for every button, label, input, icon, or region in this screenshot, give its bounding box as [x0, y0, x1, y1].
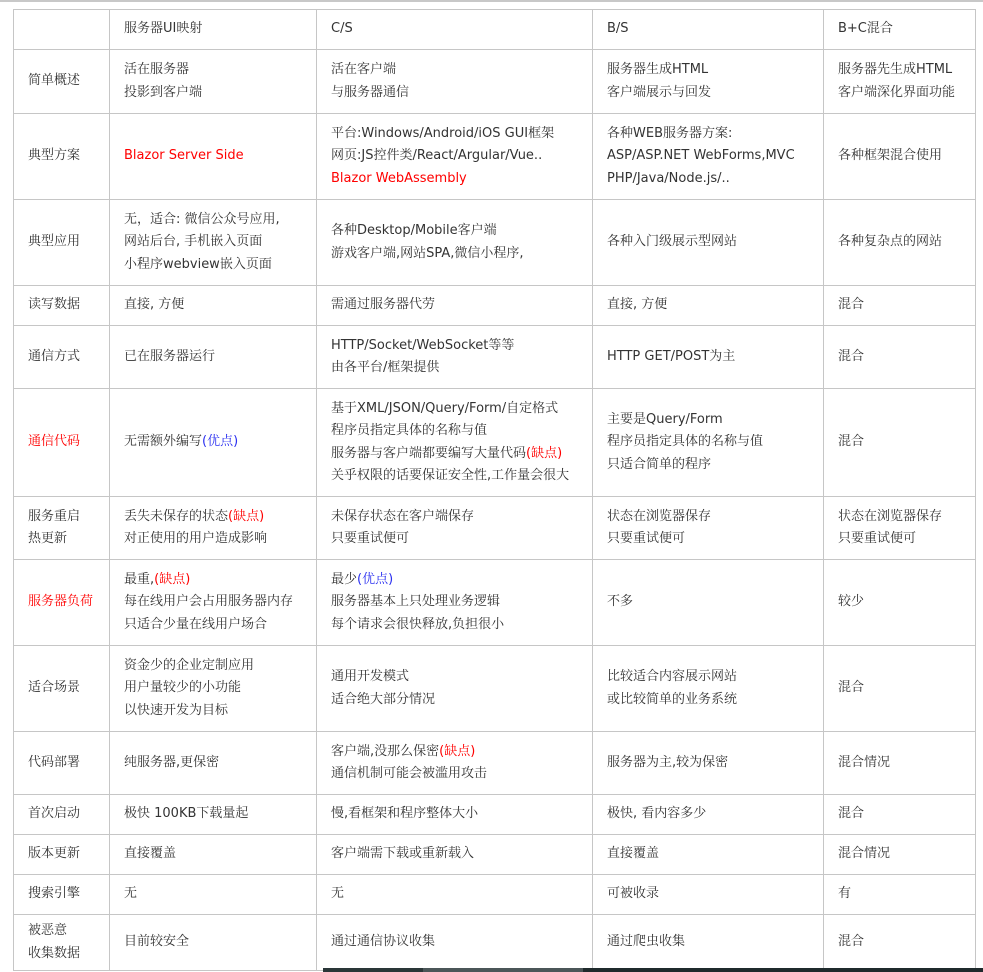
row-label: 典型应用: [14, 200, 110, 286]
table-row: 版本更新直接覆盖客户端需下载或重新载入直接覆盖混合情况: [14, 835, 976, 875]
bottom-bar-segment: [423, 968, 583, 972]
row-label-text: 典型应用: [28, 234, 80, 249]
cell-text: 服务器为主,较为保密: [607, 755, 728, 770]
cell-cs: 通过通信协议收集: [317, 915, 593, 971]
cell-text: 较少: [838, 594, 864, 609]
cell-line: 每个请求会很快释放,负担很小: [331, 614, 578, 637]
header-cell-bs: B/S: [593, 10, 824, 50]
row-label: 版本更新: [14, 835, 110, 875]
cell-line: 关乎权限的话要保证安全性,工作量会很大: [331, 465, 578, 488]
cell-server-ui: 直接覆盖: [110, 835, 317, 875]
row-label-line: 版本更新: [28, 843, 95, 866]
row-label-line: 服务重启: [28, 506, 95, 529]
table-row: 简单概述活在服务器投影到客户端活在客户端与服务器通信服务器生成HTML客户端展示…: [14, 50, 976, 114]
cell-line: 有: [838, 883, 961, 906]
cell-line: 投影到客户端: [124, 82, 302, 105]
cell-line: 混合: [838, 677, 961, 700]
cell-text: 基于XML/JSON/Query/Form/自定格式: [331, 401, 558, 416]
cell-line: 小程序webview嵌入页面: [124, 254, 302, 277]
cell-server-ui: 目前较安全: [110, 915, 317, 971]
cell-text: 平台:Windows/Android/iOS GUI框架: [331, 126, 554, 141]
cell-text: 客户端深化界面功能: [838, 85, 955, 100]
row-label-line: 典型方案: [28, 145, 95, 168]
cell-text: 有: [838, 886, 851, 901]
cell-line: 各种WEB服务器方案:: [607, 123, 809, 146]
cell-line: 直接, 方便: [124, 294, 302, 317]
cell-text: 目前较安全: [124, 934, 189, 949]
cell-line: 未保存状态在客户端保存: [331, 506, 578, 529]
row-label-text: 代码部署: [28, 755, 80, 770]
cell-cs: 各种Desktop/Mobile客户端游戏客户端,网站SPA,微信小程序,: [317, 200, 593, 286]
cell-line: 网站后台, 手机嵌入页面: [124, 231, 302, 254]
cell-cs: 未保存状态在客户端保存只要重试便可: [317, 497, 593, 560]
cell-line: 目前较安全: [124, 931, 302, 954]
cell-text: 服务器生成HTML: [607, 62, 708, 77]
cell-text: 客户端,没那么保密: [331, 744, 439, 759]
table-row: 通信方式已在服务器运行HTTP/Socket/WebSocket等等由各平台/框…: [14, 326, 976, 389]
row-label: 典型方案: [14, 114, 110, 200]
cell-text: 以快速开发为目标: [124, 703, 228, 718]
table-row: 通信代码无需额外编写(优点)基于XML/JSON/Query/Form/自定格式…: [14, 389, 976, 497]
cell-line: PHP/Java/Node.js/..: [607, 168, 809, 191]
cell-hybrid: 有: [824, 875, 976, 915]
cell-line: 网页:JS控件类/React/Argular/Vue..: [331, 145, 578, 168]
cell-text: 游戏客户端,网站SPA,微信小程序,: [331, 246, 524, 261]
cell-bs: 主要是Query/Form程序员指定具体的名称与值只适合简单的程序: [593, 389, 824, 497]
table-row: 服务重启热更新丢失未保存的状态(缺点)对正使用的用户造成影响未保存状态在客户端保…: [14, 497, 976, 560]
cell-line: 通过通信协议收集: [331, 931, 578, 954]
cell-bs: 状态在浏览器保存只要重试便可: [593, 497, 824, 560]
header-cell-hybrid: B+C混合: [824, 10, 976, 50]
cell-text: 可被收录: [607, 886, 659, 901]
cell-cs: 慢,看框架和程序整体大小: [317, 795, 593, 835]
cell-text: 只适合少量在线用户场合: [124, 617, 267, 632]
row-label: 代码部署: [14, 732, 110, 795]
row-label: 首次启动: [14, 795, 110, 835]
cell-line: 活在服务器: [124, 59, 302, 82]
cell-text: 最少: [331, 572, 357, 587]
cell-line: 服务器与客户端都要编写大量代码(缺点): [331, 443, 578, 466]
row-label-line: 通信方式: [28, 346, 95, 369]
cell-line: 直接覆盖: [124, 843, 302, 866]
cell-line: 客户端深化界面功能: [838, 82, 961, 105]
row-label: 搜索引擎: [14, 875, 110, 915]
cell-line: 直接覆盖: [607, 843, 809, 866]
cell-text: 已在服务器运行: [124, 349, 215, 364]
cell-line: 各种复杂点的网站: [838, 231, 961, 254]
cell-bs: 不多: [593, 560, 824, 646]
cell-line: 或比较简单的业务系统: [607, 689, 809, 712]
cell-hybrid: 混合: [824, 915, 976, 971]
cell-cs: 客户端,没那么保密(缺点)通信机制可能会被滥用攻击: [317, 732, 593, 795]
cell-line: 服务器为主,较为保密: [607, 752, 809, 775]
cell-text: 混合: [838, 434, 864, 449]
cell-cs: HTTP/Socket/WebSocket等等由各平台/框架提供: [317, 326, 593, 389]
cell-hybrid: 混合: [824, 646, 976, 732]
cell-text: 只要重试便可: [607, 531, 685, 546]
cell-text: 每个请求会很快释放,负担很小: [331, 617, 504, 632]
cell-text: 各种入门级展示型网站: [607, 234, 737, 249]
cell-text: 每在线用户会占用服务器内存: [124, 594, 293, 609]
bottom-bar-segment: [323, 968, 423, 972]
cell-text: HTTP/Socket/WebSocket等等: [331, 338, 514, 353]
cell-line: HTTP GET/POST为主: [607, 346, 809, 369]
cell-text: 混合: [838, 297, 864, 312]
cell-text: 程序员指定具体的名称与值: [607, 434, 763, 449]
row-label: 通信方式: [14, 326, 110, 389]
drawback-tag: (缺点): [154, 572, 190, 587]
row-label-text: 适合场景: [28, 680, 80, 695]
cell-text: 资金少的企业定制应用: [124, 658, 254, 673]
cell-text: 客户端展示与回发: [607, 85, 711, 100]
cell-text: 纯服务器,更保密: [124, 755, 219, 770]
cell-text: 丢失未保存的状态: [124, 509, 228, 524]
cell-text: 各种Desktop/Mobile客户端: [331, 223, 497, 238]
cell-line: 适合绝大部分情况: [331, 689, 578, 712]
row-label: 读写数据: [14, 286, 110, 326]
cell-cs: 需通过服务器代劳: [317, 286, 593, 326]
cell-server-ui: 无，适合: 微信公众号应用,网站后台, 手机嵌入页面小程序webview嵌入页面: [110, 200, 317, 286]
cell-bs: HTTP GET/POST为主: [593, 326, 824, 389]
row-label-line: 热更新: [28, 528, 95, 551]
cell-line: 可被收录: [607, 883, 809, 906]
cell-hybrid: 服务器先生成HTML客户端深化界面功能: [824, 50, 976, 114]
row-label-line: 首次启动: [28, 803, 95, 826]
architecture-comparison-table: 服务器UI映射 C/S B/S B+C混合 简单概述活在服务器投影到客户端活在客…: [13, 9, 976, 971]
row-label: 服务重启热更新: [14, 497, 110, 560]
table-row: 首次启动极快 100KB下载量起慢,看框架和程序整体大小极快, 看内容多少混合: [14, 795, 976, 835]
cell-line: 只要重试便可: [331, 528, 578, 551]
row-label-line: 通信代码: [28, 431, 95, 454]
table-row: 典型方案Blazor Server Side平台:Windows/Android…: [14, 114, 976, 200]
cell-line: 比较适合内容展示网站: [607, 666, 809, 689]
cell-text: 直接覆盖: [607, 846, 659, 861]
cell-server-ui: 极快 100KB下载量起: [110, 795, 317, 835]
cell-text: 客户端需下载或重新载入: [331, 846, 474, 861]
cell-line: 无: [124, 883, 302, 906]
cell-line: 极快, 看内容多少: [607, 803, 809, 826]
cell-line: 用户量较少的小功能: [124, 677, 302, 700]
cell-text: 未保存状态在客户端保存: [331, 509, 474, 524]
cell-server-ui: 无需额外编写(优点): [110, 389, 317, 497]
cell-server-ui: 最重,(缺点)每在线用户会占用服务器内存只适合少量在线用户场合: [110, 560, 317, 646]
cell-line: 无需额外编写(优点): [124, 431, 302, 454]
cell-bs: 极快, 看内容多少: [593, 795, 824, 835]
cell-text: 只要重试便可: [838, 531, 916, 546]
cell-text: 小程序webview嵌入页面: [124, 257, 272, 272]
cell-text: 混合情况: [838, 846, 890, 861]
cell-line: 混合: [838, 931, 961, 954]
cell-line: 慢,看框架和程序整体大小: [331, 803, 578, 826]
row-label-text: 读写数据: [28, 297, 80, 312]
cell-hybrid: 混合: [824, 389, 976, 497]
row-label-line: 收集数据: [28, 943, 95, 966]
cell-line: 各种框架混合使用: [838, 145, 961, 168]
cell-line: 状态在浏览器保存: [607, 506, 809, 529]
cell-line: 各种入门级展示型网站: [607, 231, 809, 254]
advantage-tag: (优点): [357, 572, 393, 587]
cell-line: 通用开发模式: [331, 666, 578, 689]
drawback-tag: (缺点): [439, 744, 475, 759]
row-label: 通信代码: [14, 389, 110, 497]
cell-line: 混合情况: [838, 752, 961, 775]
cell-server-ui: 活在服务器投影到客户端: [110, 50, 317, 114]
cell-line: 客户端需下载或重新载入: [331, 843, 578, 866]
row-label-text: 典型方案: [28, 148, 80, 163]
cell-text: 或比较简单的业务系统: [607, 692, 737, 707]
cell-bs: 各种入门级展示型网站: [593, 200, 824, 286]
cell-text: 混合情况: [838, 755, 890, 770]
row-label-text: 搜索引擎: [28, 886, 80, 901]
cell-text: 各种框架混合使用: [838, 148, 942, 163]
cell-line: ASP/ASP.NET WebForms,MVC: [607, 145, 809, 168]
cell-hybrid: 混合: [824, 795, 976, 835]
cell-bs: 直接, 方便: [593, 286, 824, 326]
cell-line: 主要是Query/Form: [607, 409, 809, 432]
row-label: 被恶意收集数据: [14, 915, 110, 971]
cell-line: 混合: [838, 346, 961, 369]
advantage-tag: (优点): [202, 434, 238, 449]
cell-line: 混合: [838, 431, 961, 454]
cell-line: 纯服务器,更保密: [124, 752, 302, 775]
cell-text: 适合绝大部分情况: [331, 692, 435, 707]
cell-server-ui: 无: [110, 875, 317, 915]
row-label-line: 适合场景: [28, 677, 95, 700]
table-row: 读写数据直接, 方便需通过服务器代劳直接, 方便混合: [14, 286, 976, 326]
cell-line: 与服务器通信: [331, 82, 578, 105]
cell-line: 丢失未保存的状态(缺点): [124, 506, 302, 529]
cell-cs: 最少(优点)服务器基本上只处理业务逻辑每个请求会很快释放,负担很小: [317, 560, 593, 646]
row-label-text: 服务器负荷: [28, 594, 93, 609]
cell-text: 程序员指定具体的名称与值: [331, 423, 487, 438]
cell-text: 无: [124, 886, 137, 901]
cell-text: 通过爬虫收集: [607, 934, 685, 949]
cell-line: Blazor WebAssembly: [331, 168, 578, 191]
cell-text: 通信机制可能会被滥用攻击: [331, 766, 487, 781]
cell-hybrid: 各种复杂点的网站: [824, 200, 976, 286]
cell-text: 无需额外编写: [124, 434, 202, 449]
drawback-tag: (缺点): [228, 509, 264, 524]
cell-line: 各种Desktop/Mobile客户端: [331, 220, 578, 243]
cell-line: 对正使用的用户造成影响: [124, 528, 302, 551]
header-cell-empty: [14, 10, 110, 50]
cell-line: 程序员指定具体的名称与值: [607, 431, 809, 454]
cell-line: 需通过服务器代劳: [331, 294, 578, 317]
cell-server-ui: 丢失未保存的状态(缺点)对正使用的用户造成影响: [110, 497, 317, 560]
cell-hybrid: 各种框架混合使用: [824, 114, 976, 200]
cell-text: 无: [331, 886, 344, 901]
cell-text: 各种WEB服务器方案:: [607, 126, 732, 141]
cell-line: HTTP/Socket/WebSocket等等: [331, 335, 578, 358]
cell-cs: 客户端需下载或重新载入: [317, 835, 593, 875]
row-label-line: 简单概述: [28, 70, 95, 93]
cell-text: 状态在浏览器保存: [607, 509, 711, 524]
cell-text: 各种复杂点的网站: [838, 234, 942, 249]
cell-line: 不多: [607, 591, 809, 614]
cell-text: 对正使用的用户造成影响: [124, 531, 267, 546]
cell-line: 混合情况: [838, 843, 961, 866]
cell-line: 服务器先生成HTML: [838, 59, 961, 82]
row-label-text: 热更新: [28, 531, 67, 546]
row-label-text: 通信方式: [28, 349, 80, 364]
cell-bs: 比较适合内容展示网站或比较简单的业务系统: [593, 646, 824, 732]
cell-line: 直接, 方便: [607, 294, 809, 317]
cell-bs: 直接覆盖: [593, 835, 824, 875]
cell-text: 服务器与客户端都要编写大量代码: [331, 446, 526, 461]
cell-line: 最重,(缺点): [124, 569, 302, 592]
cell-text: 与服务器通信: [331, 85, 409, 100]
row-label: 服务器负荷: [14, 560, 110, 646]
cell-text: 网站后台, 手机嵌入页面: [124, 234, 262, 249]
cell-line: 极快 100KB下载量起: [124, 803, 302, 826]
cell-line: 以快速开发为目标: [124, 700, 302, 723]
top-divider: [0, 0, 983, 2]
cell-cs: 无: [317, 875, 593, 915]
cell-hybrid: 混合情况: [824, 732, 976, 795]
row-label-line: 典型应用: [28, 231, 95, 254]
drawback-tag: (缺点): [526, 446, 562, 461]
cell-line: 资金少的企业定制应用: [124, 655, 302, 678]
cell-line: 只要重试便可: [838, 528, 961, 551]
cell-line: 较少: [838, 591, 961, 614]
cell-hybrid: 混合情况: [824, 835, 976, 875]
cell-text: 活在客户端: [331, 62, 396, 77]
cell-text: 只要重试便可: [331, 531, 409, 546]
row-label-line: 被恶意: [28, 920, 95, 943]
cell-cs: 基于XML/JSON/Query/Form/自定格式程序员指定具体的名称与值服务…: [317, 389, 593, 497]
cell-text: 网页:JS控件类/React/Argular/Vue..: [331, 148, 542, 163]
cell-line: 平台:Windows/Android/iOS GUI框架: [331, 123, 578, 146]
table-row: 被恶意收集数据目前较安全通过通信协议收集通过爬虫收集混合: [14, 915, 976, 971]
cell-text: 用户量较少的小功能: [124, 680, 241, 695]
table-row: 典型应用无，适合: 微信公众号应用,网站后台, 手机嵌入页面小程序webview…: [14, 200, 976, 286]
cell-text: 投影到客户端: [124, 85, 202, 100]
cell-line: 客户端,没那么保密(缺点): [331, 741, 578, 764]
highlight-text: Blazor Server Side: [124, 148, 244, 163]
cell-cs: 活在客户端与服务器通信: [317, 50, 593, 114]
cell-hybrid: 较少: [824, 560, 976, 646]
header-cell-server-ui: 服务器UI映射: [110, 10, 317, 50]
cell-server-ui: 纯服务器,更保密: [110, 732, 317, 795]
cell-line: 状态在浏览器保存: [838, 506, 961, 529]
cell-text: 无，适合: 微信公众号应用,: [124, 212, 280, 227]
cell-text: 最重,: [124, 572, 154, 587]
cell-text: 直接, 方便: [124, 297, 184, 312]
table-header-row: 服务器UI映射 C/S B/S B+C混合: [14, 10, 976, 50]
cell-server-ui: 资金少的企业定制应用用户量较少的小功能以快速开发为目标: [110, 646, 317, 732]
row-label-text: 简单概述: [28, 73, 80, 88]
row-label-text: 服务重启: [28, 509, 80, 524]
cell-server-ui: Blazor Server Side: [110, 114, 317, 200]
cell-line: 基于XML/JSON/Query/Form/自定格式: [331, 398, 578, 421]
cell-text: 直接覆盖: [124, 846, 176, 861]
cell-text: 关乎权限的话要保证安全性,工作量会很大: [331, 468, 569, 483]
cell-text: 混合: [838, 806, 864, 821]
cell-hybrid: 状态在浏览器保存只要重试便可: [824, 497, 976, 560]
cell-text: 比较适合内容展示网站: [607, 669, 737, 684]
cell-text: 极快 100KB下载量起: [124, 806, 248, 821]
cell-cs: 平台:Windows/Android/iOS GUI框架网页:JS控件类/Rea…: [317, 114, 593, 200]
table-body: 简单概述活在服务器投影到客户端活在客户端与服务器通信服务器生成HTML客户端展示…: [14, 50, 976, 971]
cell-text: 由各平台/框架提供: [331, 360, 439, 375]
cell-line: 客户端展示与回发: [607, 82, 809, 105]
cell-text: 服务器先生成HTML: [838, 62, 952, 77]
cell-cs: 通用开发模式适合绝大部分情况: [317, 646, 593, 732]
cell-text: 极快, 看内容多少: [607, 806, 706, 821]
cell-line: 活在客户端: [331, 59, 578, 82]
cell-text: 直接, 方便: [607, 297, 667, 312]
cell-bs: 服务器生成HTML客户端展示与回发: [593, 50, 824, 114]
cell-line: 程序员指定具体的名称与值: [331, 420, 578, 443]
cell-line: 已在服务器运行: [124, 346, 302, 369]
table-row: 代码部署纯服务器,更保密客户端,没那么保密(缺点)通信机制可能会被滥用攻击服务器…: [14, 732, 976, 795]
cell-text: 状态在浏览器保存: [838, 509, 942, 524]
table-row: 服务器负荷最重,(缺点)每在线用户会占用服务器内存只适合少量在线用户场合最少(优…: [14, 560, 976, 646]
cell-text: PHP/Java/Node.js/..: [607, 171, 730, 186]
row-label-text: 通信代码: [28, 434, 80, 449]
cell-server-ui: 直接, 方便: [110, 286, 317, 326]
table-row: 搜索引擎无无可被收录有: [14, 875, 976, 915]
cell-line: 游戏客户端,网站SPA,微信小程序,: [331, 243, 578, 266]
cell-text: 活在服务器: [124, 62, 189, 77]
row-label-line: 读写数据: [28, 294, 95, 317]
row-label-line: 代码部署: [28, 752, 95, 775]
cell-line: 无: [331, 883, 578, 906]
cell-text: 通用开发模式: [331, 669, 409, 684]
cell-line: Blazor Server Side: [124, 145, 302, 168]
cell-text: 混合: [838, 680, 864, 695]
cell-text: 混合: [838, 349, 864, 364]
cell-hybrid: 混合: [824, 326, 976, 389]
cell-line: 最少(优点): [331, 569, 578, 592]
cell-bs: 各种WEB服务器方案:ASP/ASP.NET WebForms,MVCPHP/J…: [593, 114, 824, 200]
cell-text: 不多: [607, 594, 633, 609]
cell-line: 服务器基本上只处理业务逻辑: [331, 591, 578, 614]
cell-line: 无，适合: 微信公众号应用,: [124, 209, 302, 232]
row-label-line: 搜索引擎: [28, 883, 95, 906]
cell-line: 混合: [838, 803, 961, 826]
bottom-bar-segment: [583, 968, 983, 972]
cell-hybrid: 混合: [824, 286, 976, 326]
cell-bs: 可被收录: [593, 875, 824, 915]
row-label: 简单概述: [14, 50, 110, 114]
cell-text: HTTP GET/POST为主: [607, 349, 735, 364]
cell-server-ui: 已在服务器运行: [110, 326, 317, 389]
row-label-text: 收集数据: [28, 946, 80, 961]
cell-text: 通过通信协议收集: [331, 934, 435, 949]
cell-line: 通过爬虫收集: [607, 931, 809, 954]
cell-line: 通信机制可能会被滥用攻击: [331, 763, 578, 786]
cell-text: 慢,看框架和程序整体大小: [331, 806, 478, 821]
cell-line: 服务器生成HTML: [607, 59, 809, 82]
row-label-text: 被恶意: [28, 923, 67, 938]
cell-text: ASP/ASP.NET WebForms,MVC: [607, 148, 795, 163]
cell-text: 只适合简单的程序: [607, 457, 711, 472]
highlight-text: Blazor WebAssembly: [331, 171, 467, 186]
row-label-text: 版本更新: [28, 846, 80, 861]
cell-line: 由各平台/框架提供: [331, 357, 578, 380]
row-label: 适合场景: [14, 646, 110, 732]
cell-line: 只适合少量在线用户场合: [124, 614, 302, 637]
cell-line: 只要重试便可: [607, 528, 809, 551]
cell-text: 需通过服务器代劳: [331, 297, 435, 312]
cell-line: 只适合简单的程序: [607, 454, 809, 477]
header-cell-cs: C/S: [317, 10, 593, 50]
table-row: 适合场景资金少的企业定制应用用户量较少的小功能以快速开发为目标通用开发模式适合绝…: [14, 646, 976, 732]
cell-text: 混合: [838, 934, 864, 949]
cell-line: 每在线用户会占用服务器内存: [124, 591, 302, 614]
cell-text: 服务器基本上只处理业务逻辑: [331, 594, 500, 609]
